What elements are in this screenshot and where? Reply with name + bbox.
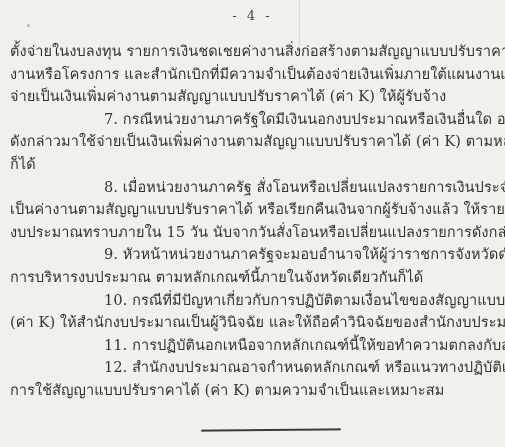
text-line-item-7: 7. กรณีหน่วยงานภาครัฐใดมีเงินนอกงบประมาณ… (10, 109, 485, 132)
text-line: การใช้สัญญาแบบปรับราคาได้ (ค่า K) ตามควา… (10, 380, 485, 403)
document-page: - 4 - ตั้งจ่ายในงบลงทุน รายการเงินชดเชยค… (0, 0, 505, 447)
text-line: งานหรือโครงการ และสำนักเบิกที่มีความจำเป… (10, 64, 485, 87)
text-line-item-11: 11. การปฏิบัตินอกเหนือจากหลักเกณฑ์นี้ให้… (10, 335, 485, 358)
text-line: การบริหารงบประมาณ ตามหลักเกณฑ์นี้ภายในจั… (10, 267, 485, 290)
text-line-item-12: 12. สำนักงบประมาณอาจกำหนดหลักเกณฑ์ หรือแ… (10, 357, 485, 380)
text-line: (ค่า K) ให้สำนักงบประมาณเป็นผู้วินิจฉัย … (10, 312, 485, 335)
text-line: ดังกล่าวมาใช้จ่ายเป็นเงินเพิ่มค่างานตามส… (10, 131, 485, 154)
text-line-item-8: 8. เมื่อหน่วยงานภาครัฐ สั่งโอนหรือเปลี่ย… (10, 177, 485, 200)
page-number: - 4 - (0, 9, 505, 24)
text-line: ตั้งจ่ายในงบลงทุน รายการเงินชดเชยค่างานส… (10, 41, 485, 64)
text-line: เป็นค่างานตามสัญญาแบบปรับราคาได้ หรือเรี… (10, 199, 485, 222)
document-body: ตั้งจ่ายในงบลงทุน รายการเงินชดเชยค่างานส… (10, 41, 485, 403)
text-line: งบประมาณทราบภายใน 15 วัน นับจากวันสั่งโอ… (10, 222, 485, 245)
text-line: จ่ายเป็นเงินเพิ่มค่างานตามสัญญาแบบปรับรา… (10, 86, 485, 109)
text-line-item-10: 10. กรณีที่มีปัญหาเกี่ยวกับการปฏิบัติตาม… (10, 290, 485, 313)
end-divider (201, 428, 341, 431)
text-line: ก็ได้ (10, 154, 485, 177)
text-line-item-9: 9. หัวหน้าหน่วยงานภาครัฐจะมอบอำนาจให้ผู้… (10, 244, 485, 267)
scan-artifact-speckle (27, 24, 30, 27)
